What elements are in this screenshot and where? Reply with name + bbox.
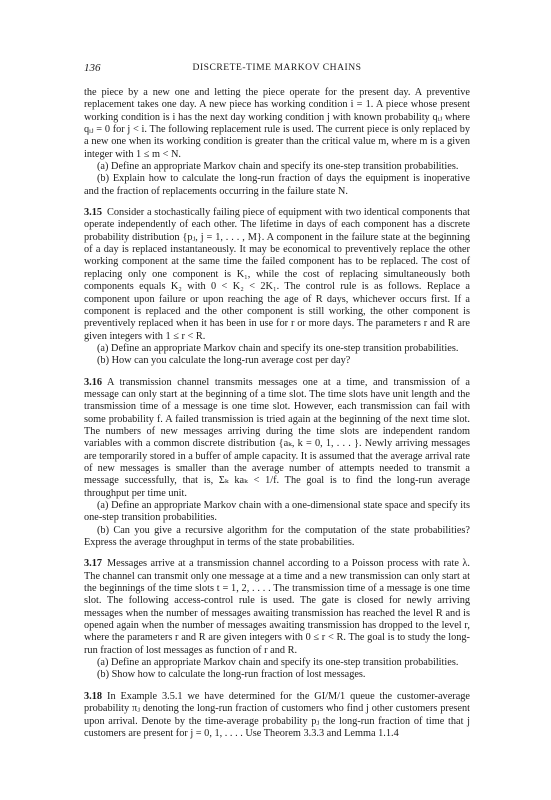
list-item-b: (b) Explain how to calculate the long-ru… [84,173,470,198]
list-item-b: (b) How can you calculate the long-run a… [84,355,470,367]
list-item-a: (a) Define an appropriate Markov chain a… [84,161,470,173]
problem-paragraph: 3.15Consider a stochastically failing pi… [84,207,470,343]
problem-body: Consider a stochastically failing piece … [84,207,470,341]
list-item-a: (a) Define an appropriate Markov chain a… [84,343,470,355]
problem-paragraph: 3.16A transmission channel transmits mes… [84,377,470,500]
problem-body: A transmission channel transmits message… [84,377,470,499]
running-head: DISCRETE-TIME MARKOV CHAINS [84,62,470,73]
problem-paragraph: 3.17Messages arrive at a transmission ch… [84,558,470,657]
problem-number: 3.18 [84,691,102,702]
book-page: 136 DISCRETE-TIME MARKOV CHAINS the piec… [0,0,551,800]
problem-body: In Example 3.5.1 we have determined for … [84,691,470,739]
page-number: 136 [84,62,101,74]
problem-3-18: 3.18In Example 3.5.1 we have determined … [84,691,470,740]
problem-number: 3.17 [84,558,102,569]
list-item-b: (b) Show how to calculate the long-run f… [84,669,470,681]
problem-number: 3.15 [84,207,102,218]
list-item-a: (a) Define an appropriate Markov chain a… [84,657,470,669]
page-header: 136 DISCRETE-TIME MARKOV CHAINS [84,62,470,77]
problem-3-17: 3.17Messages arrive at a transmission ch… [84,558,470,681]
problem-number: 3.16 [84,377,102,388]
list-item-b: (b) Can you give a recursive algorithm f… [84,525,470,550]
problem-body: Messages arrive at a transmission channe… [84,558,470,655]
list-item-a: (a) Define an appropriate Markov chain w… [84,500,470,525]
problem-paragraph: 3.18In Example 3.5.1 we have determined … [84,691,470,740]
page-body: the piece by a new one and letting the p… [84,87,470,740]
problem-3-16: 3.16A transmission channel transmits mes… [84,377,470,550]
paragraph-continuation: the piece by a new one and letting the p… [84,87,470,161]
problem-3-15: 3.15Consider a stochastically failing pi… [84,207,470,367]
